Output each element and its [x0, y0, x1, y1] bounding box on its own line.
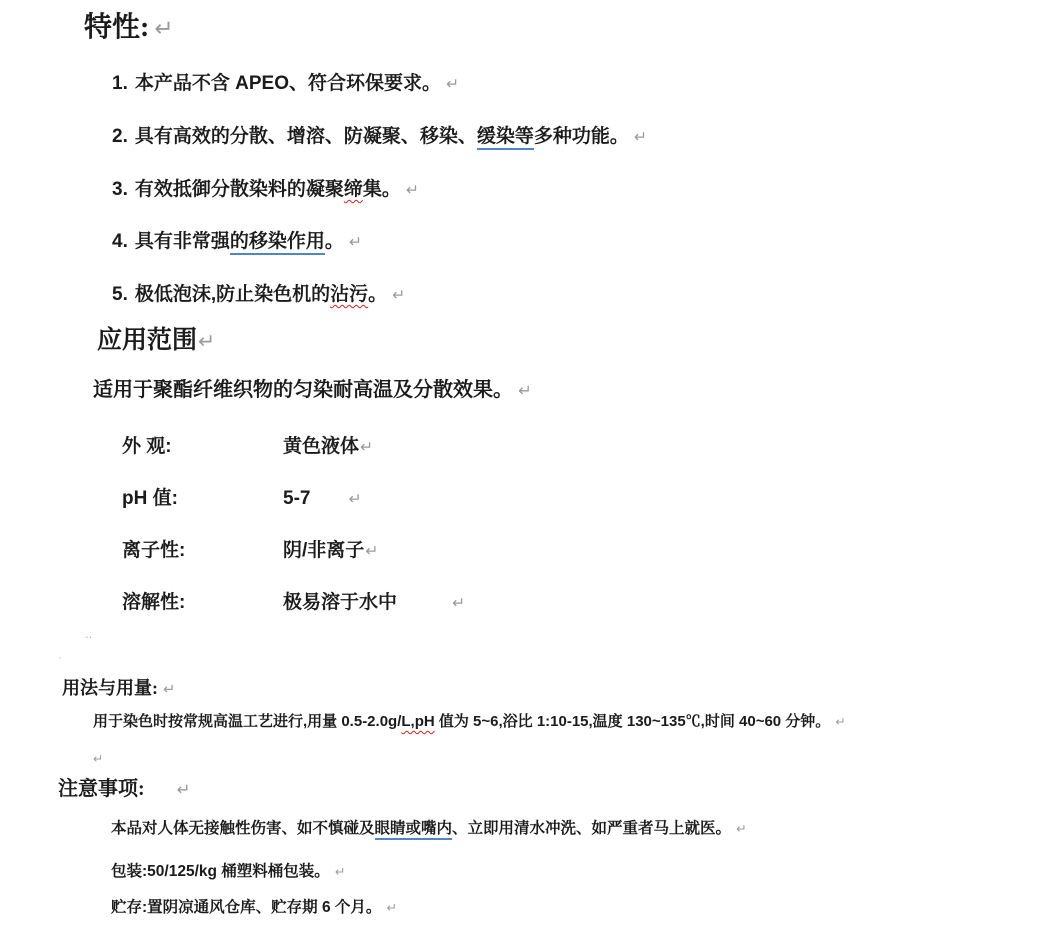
heading-text: 特性:: [84, 12, 149, 43]
pilcrow-mark: ↵: [446, 75, 459, 93]
pilcrow-mark: ↵: [736, 821, 747, 836]
precaution-text: 本品对人体无接触性伤害、如不慎碰及: [111, 820, 375, 837]
item-text: 具有非常强: [135, 231, 230, 252]
item-number: 4.: [112, 231, 128, 252]
section-heading-features: 特性:↵: [84, 10, 174, 45]
spellcheck-underlined-text: L,pH: [401, 713, 434, 730]
precaution-safety-line: 本品对人体无接触性伤害、如不慎碰及眼睛或嘴内、立即用清水冲洗、如严重者马上就医。…: [111, 819, 747, 838]
grammar-underlined-text: 的移染作用: [230, 231, 325, 255]
pilcrow-mark: ↵: [452, 594, 465, 612]
item-text: 集。: [363, 179, 401, 200]
item-number: 1.: [112, 73, 128, 94]
feature-item-3: 3.有效抵御分散染料的凝聚缔集。↵: [112, 178, 419, 202]
property-label: pH 值:: [122, 487, 283, 511]
pilcrow-mark: ↵: [198, 329, 215, 353]
item-text: 有效抵御分散染料的凝聚: [135, 179, 344, 200]
property-label: 离子性:: [122, 539, 283, 563]
pilcrow-mark: ↵: [163, 681, 175, 698]
pilcrow-mark: ↵: [154, 16, 173, 42]
pilcrow-mark: ↵: [386, 900, 397, 915]
pilcrow-mark: ↵: [349, 233, 362, 251]
pilcrow-mark: ↵: [406, 181, 419, 199]
property-value: 阴/非离子: [283, 540, 364, 561]
heading-text: 用法与用量:: [62, 678, 158, 698]
pilcrow-mark: ↵: [177, 780, 191, 799]
application-description: 适用于聚酯纤维织物的匀染耐高温及分散效果。↵: [93, 378, 532, 403]
feature-item-2: 2.具有高效的分散、增溶、防凝聚、移染、缓染等多种功能。↵: [112, 125, 647, 149]
precaution-text: 、立即用清水冲洗、如严重者马上就医。: [452, 820, 731, 837]
pilcrow-mark: ↵: [835, 715, 845, 729]
faint-mark: ‥: [85, 628, 92, 641]
packaging-line: 包装:50/125/kg 桶塑料桶包装。↵: [111, 862, 345, 881]
property-value: 5-7: [283, 488, 310, 509]
item-number: 3.: [112, 179, 128, 200]
spellcheck-underlined-text: 沾污: [330, 284, 368, 305]
item-text: 具有高效的分散、增溶、防凝聚、移染、: [135, 126, 477, 147]
property-value: 极易溶于水中: [283, 592, 397, 613]
usage-text: 用于染色时按常规高温工艺进行,用量 0.5-2.0g/: [93, 713, 401, 730]
feature-item-4: 4.具有非常强的移染作用。↵: [112, 230, 362, 254]
pilcrow-mark: ↵: [360, 438, 373, 456]
property-row-appearance: 外 观:黄色液体↵: [122, 435, 373, 459]
pilcrow-mark: ↵: [634, 128, 647, 146]
pilcrow-mark: ↵: [392, 286, 405, 304]
property-row-solubility: 溶解性:极易溶于水中↵: [122, 591, 465, 615]
faint-mark: ·: [58, 652, 62, 664]
item-text: 多种功能。: [534, 126, 629, 147]
feature-item-1: 1.本产品不含 APEO、符合环保要求。↵: [112, 72, 459, 96]
feature-item-5: 5.极低泡沫,防止染色机的沾污。↵: [112, 283, 405, 307]
document-page: 特性:↵ 1.本产品不含 APEO、符合环保要求。↵ 2.具有高效的分散、增溶、…: [0, 0, 1046, 931]
item-number: 5.: [112, 284, 128, 305]
item-text: 极低泡沫,防止染色机的: [135, 284, 330, 305]
section-heading-application: 应用范围↵: [97, 325, 215, 356]
item-text: 。: [325, 231, 344, 252]
storage-text: 贮存:置阴凉通风仓库、贮存期 6 个月。: [111, 899, 381, 916]
description-text: 适用于聚酯纤维织物的匀染耐高温及分散效果。: [93, 379, 513, 401]
section-heading-precautions: 注意事项:↵: [58, 777, 190, 802]
property-value: 黄色液体: [283, 436, 359, 457]
item-text: 本产品不含 APEO、符合环保要求。: [135, 73, 441, 94]
empty-paragraph: ↵: [93, 750, 103, 769]
heading-text: 注意事项:: [58, 778, 145, 800]
storage-line: 贮存:置阴凉通风仓库、贮存期 6 个月。↵: [111, 898, 397, 917]
property-label: 外 观:: [122, 435, 283, 459]
pilcrow-mark: ↵: [348, 490, 361, 508]
pilcrow-mark: ↵: [335, 864, 346, 879]
pilcrow-mark: ↵: [93, 752, 103, 766]
grammar-underlined-text: 缓染等: [477, 126, 534, 150]
property-label: 溶解性:: [122, 591, 283, 615]
packaging-text: 包装:50/125/kg 桶塑料桶包装。: [111, 863, 330, 880]
heading-text: 应用范围: [97, 327, 197, 354]
property-row-ph: pH 值:5-7↵: [122, 487, 362, 511]
item-text: 。: [368, 284, 387, 305]
pilcrow-mark: ↵: [518, 381, 532, 400]
pilcrow-mark: ↵: [365, 542, 378, 560]
grammar-underlined-text: 眼睛或嘴内: [375, 820, 453, 840]
property-row-ionicity: 离子性:阴/非离子↵: [122, 539, 378, 563]
section-heading-usage: 用法与用量:↵: [62, 677, 175, 700]
usage-text: 值为 5~6,浴比 1:10-15,温度 130~135℃,时间 40~60 分…: [435, 713, 831, 730]
usage-instructions: 用于染色时按常规高温工艺进行,用量 0.5-2.0g/L,pH 值为 5~6,浴…: [93, 713, 846, 732]
spellcheck-underlined-text: 缔: [344, 179, 363, 200]
item-number: 2.: [112, 126, 128, 147]
